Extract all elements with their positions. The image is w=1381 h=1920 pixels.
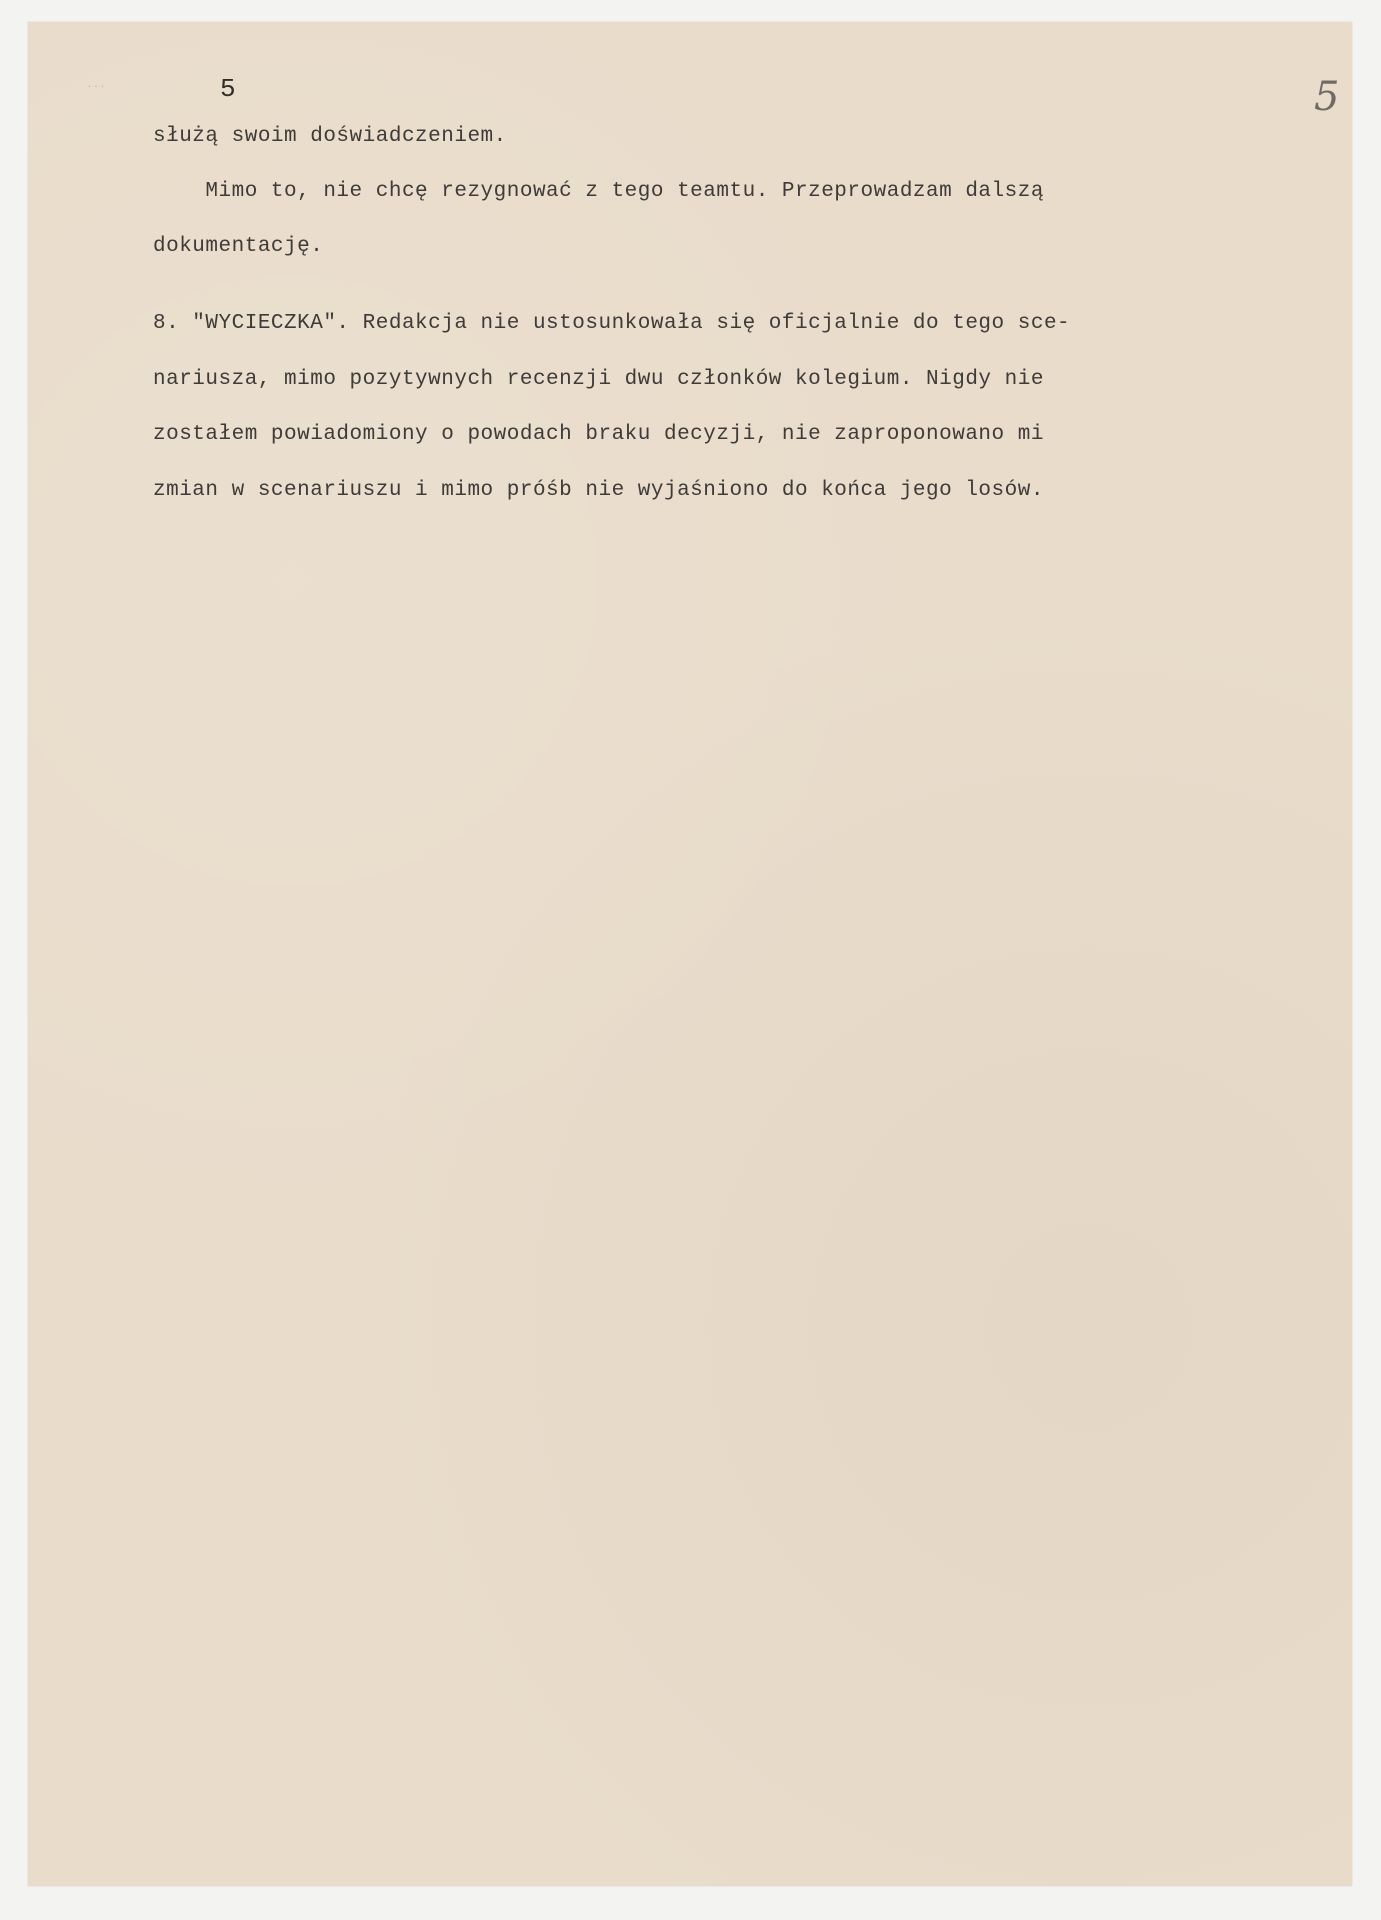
text-line: 8. "WYCIECZKA". Redakcja nie ustosunkowa… (153, 312, 1070, 335)
text-line: nariusza, mimo pozytywnych recenzji dwu … (153, 368, 1044, 391)
margin-marks: · · · (88, 82, 104, 93)
text-line: Mimo to, nie chcę rezygnować z tego team… (153, 180, 1044, 203)
text-line: służą swoim doświadczeniem. (153, 125, 507, 148)
typed-page-number: 5 (220, 74, 236, 104)
text-line: zmian w scenariuszu i mimo próśb nie wyj… (153, 479, 1044, 502)
handwritten-page-number: 5 (1314, 74, 1339, 120)
text-line: zostałem powiadomiony o powodach braku d… (153, 423, 1044, 446)
document-page: · · · 5 5 służą swoim doświadczeniem. Mi… (28, 22, 1352, 1886)
text-line: dokumentację. (153, 235, 323, 258)
